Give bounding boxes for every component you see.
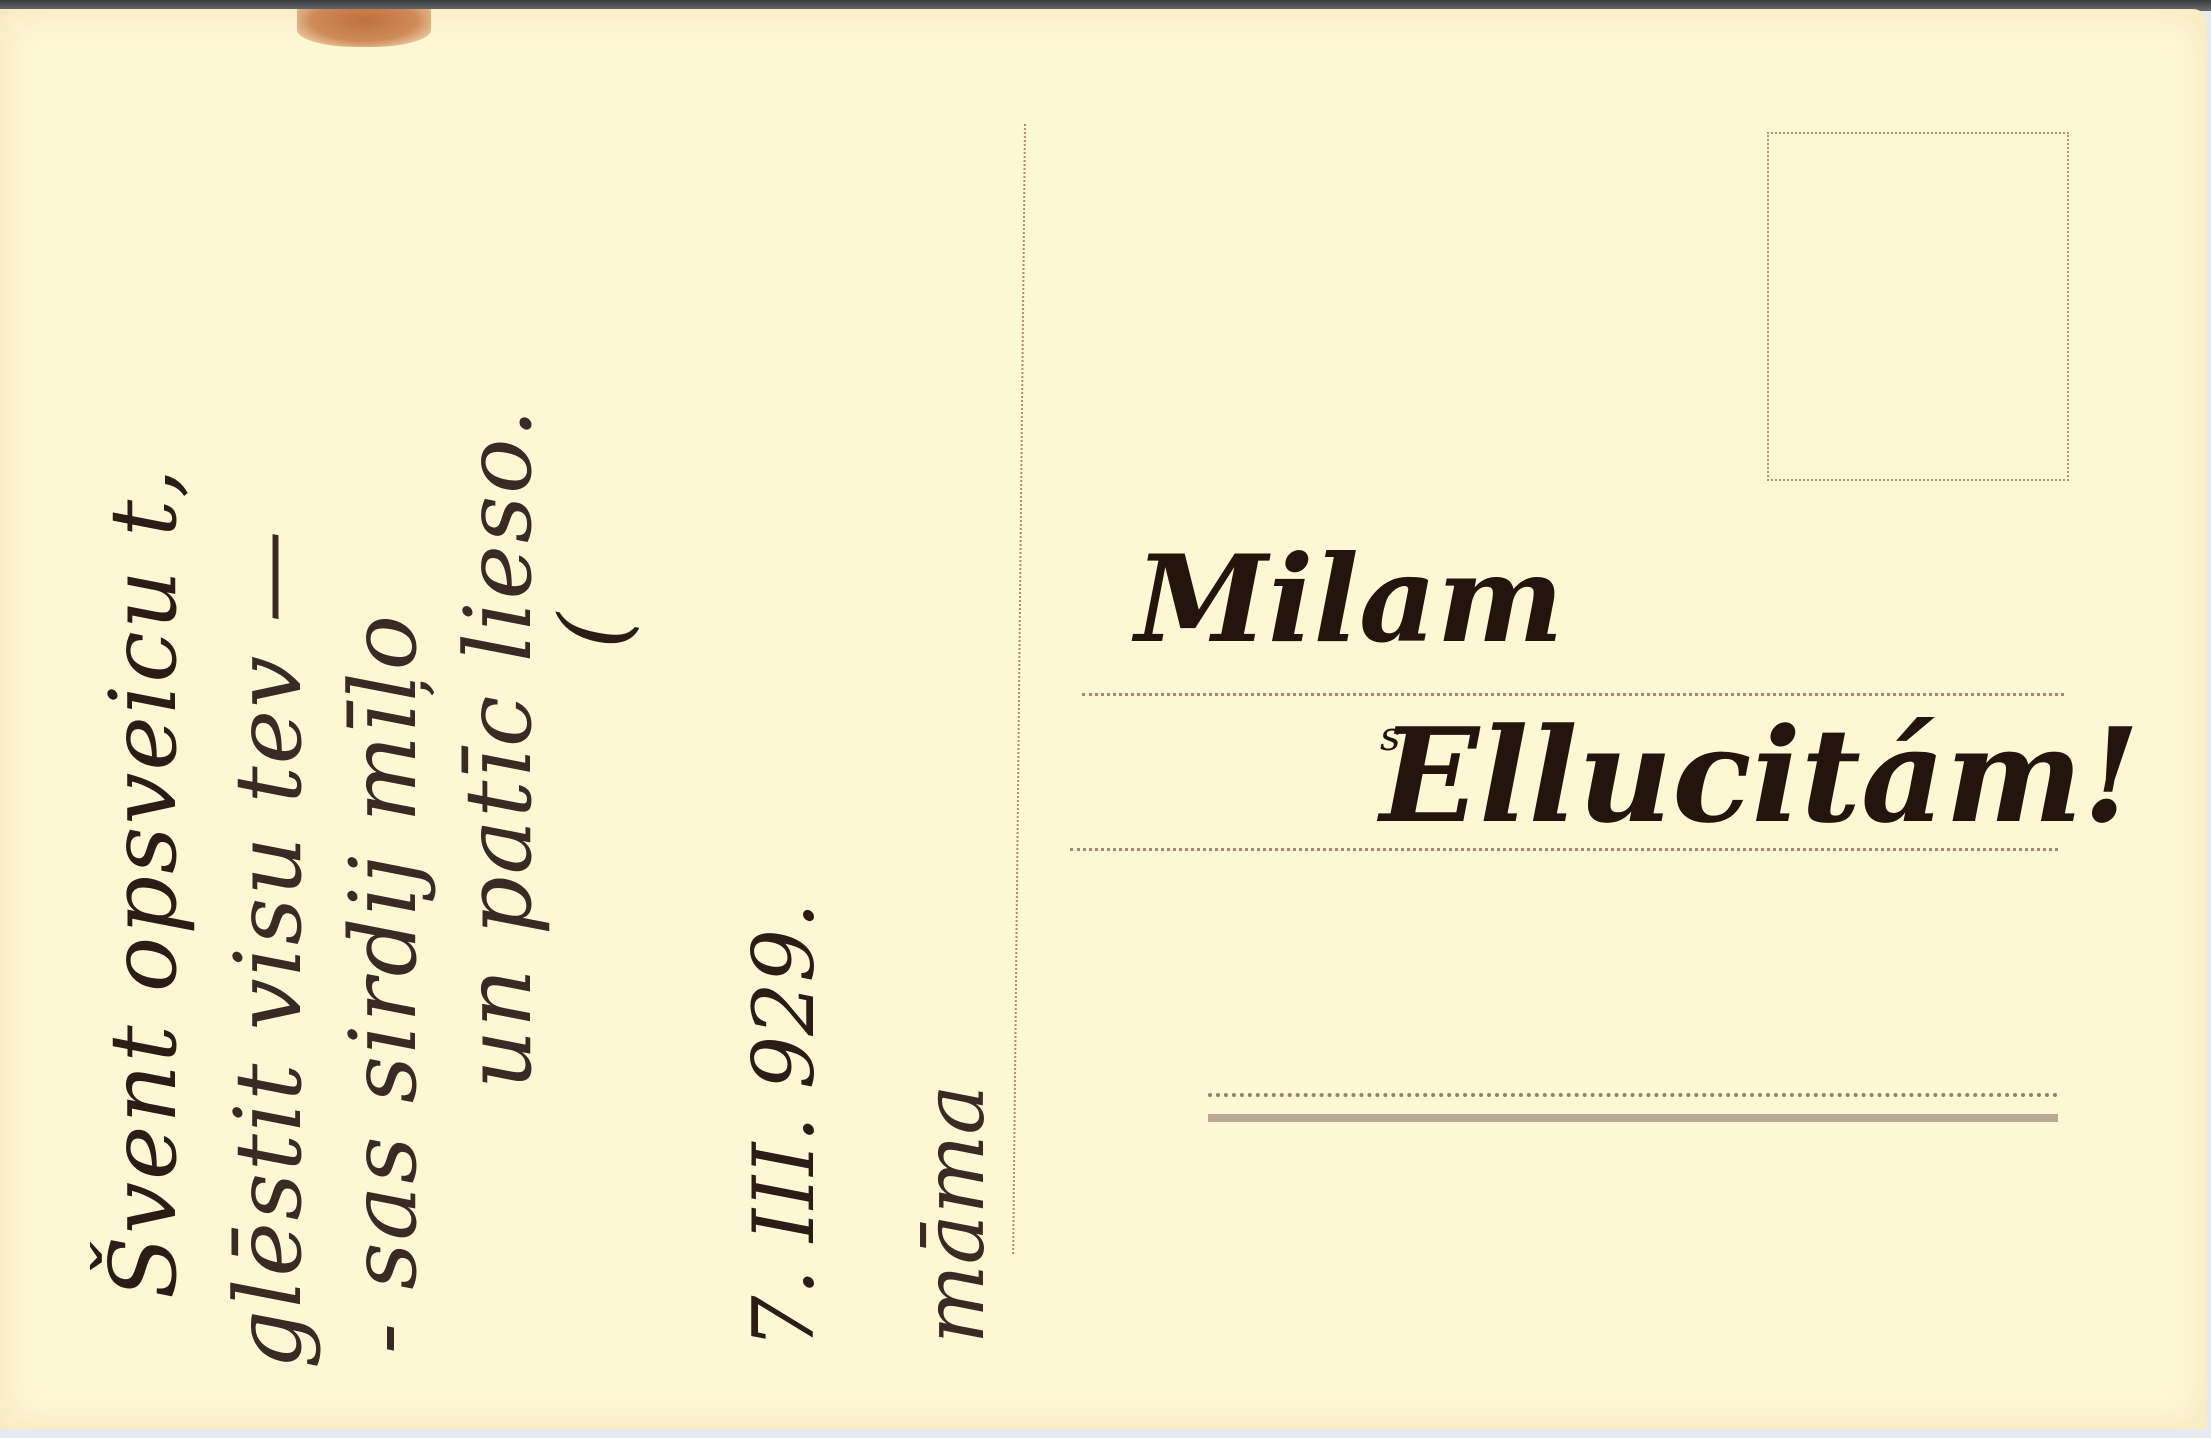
address-destination: Ellucitám!	[1380, 699, 2140, 852]
center-divider-line	[1012, 124, 1026, 1254]
message-line-5: (	[540, 611, 647, 649]
address-line-1	[1082, 693, 2064, 696]
address-line-3	[1208, 1093, 2058, 1097]
message-date: 7. III. 929.	[735, 902, 833, 1349]
stamp-placeholder-box	[1767, 132, 2069, 481]
message-line-2: glēstit visu tev —	[215, 529, 322, 1369]
address-line-4-solid	[1208, 1114, 2058, 1122]
postcard: Švent opsveicu t, glēstit visu tev — - s…	[0, 9, 2207, 1429]
rust-stain	[297, 9, 431, 47]
address-name: Milam	[1135, 529, 1564, 670]
message-line-3: - sas sirdij mīļo	[330, 613, 437, 1354]
message-line-4: un patīc lieso.	[445, 407, 552, 1089]
address-line-2	[1070, 848, 2058, 851]
message-signature: māma	[905, 1085, 1003, 1344]
message-line-1: Švent opsveicu t,	[90, 467, 197, 1300]
